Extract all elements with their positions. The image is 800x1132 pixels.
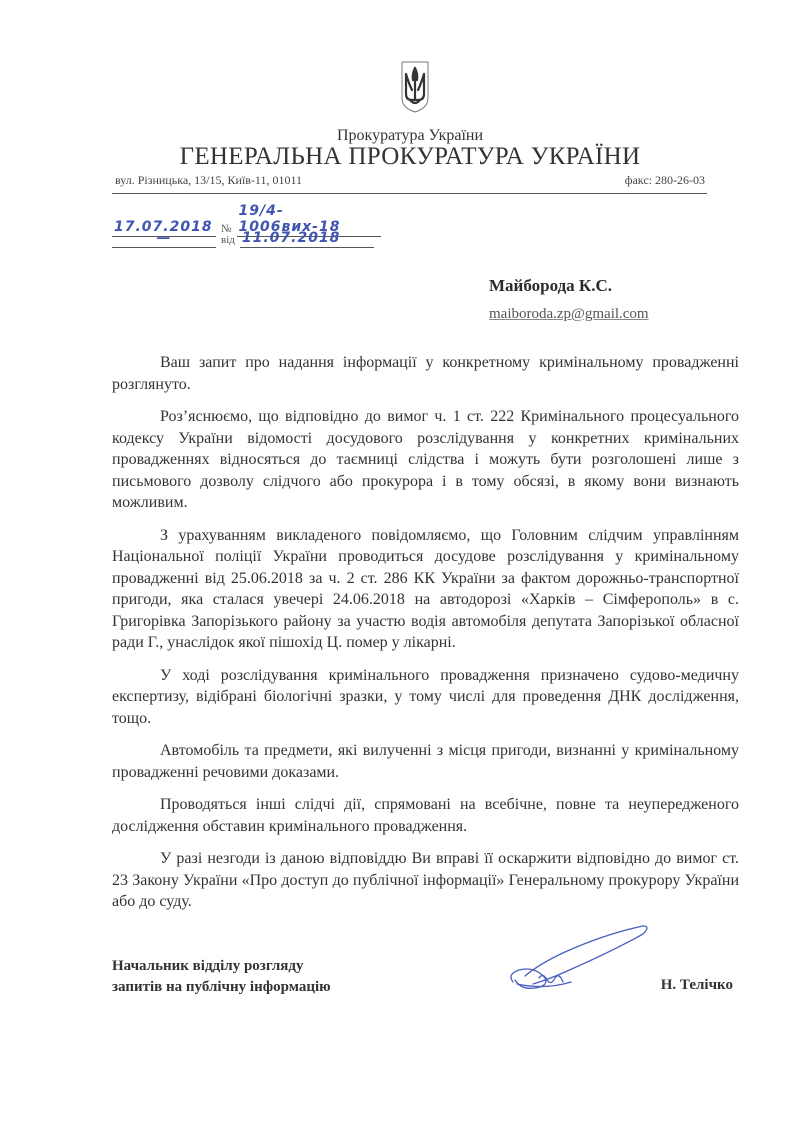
from-label: від (221, 234, 235, 248)
org-address: вул. Різницька, 13/15, Київ-11, 01011 (115, 173, 302, 188)
signer-position: Начальник відділу розгляду запитів на пу… (112, 956, 331, 998)
handwritten-signature-icon (505, 920, 655, 1000)
incoming-number: — (112, 230, 216, 248)
org-fax: факс: 280-26-03 (625, 173, 705, 188)
paragraph: У разі незгоди із даною відповіддю Ви вп… (112, 848, 739, 913)
paragraph: У ході розслідування кримінального прова… (112, 665, 739, 730)
incoming-reference: — від 11.07.2018 (112, 230, 374, 248)
org-name-title: ГЕНЕРАЛЬНА ПРОКУРАТУРА УКРАЇНИ (0, 143, 800, 171)
incoming-date: 11.07.2018 (240, 230, 374, 248)
paragraph: Ваш запит про надання інформації у конкр… (112, 352, 739, 395)
header-divider (112, 193, 707, 194)
letter-page: Прокуратура України ГЕНЕРАЛЬНА ПРОКУРАТУ… (0, 0, 800, 1132)
paragraph: З урахуванням викладеного повідомляємо, … (112, 525, 739, 654)
ukraine-trident-emblem-icon (400, 60, 430, 114)
letter-body: Ваш запит про надання інформації у конкр… (112, 352, 739, 924)
paragraph: Автомобіль та предмети, які вилученні з … (112, 740, 739, 783)
recipient-email[interactable]: maiboroda.zp@gmail.com (489, 306, 649, 323)
signer-position-line-2: запитів на публічну інформацію (112, 977, 331, 998)
signer-position-line-1: Начальник відділу розгляду (112, 956, 331, 977)
signer-name: Н. Телічко (661, 977, 733, 994)
recipient-name: Майборода К.С. (489, 276, 612, 296)
paragraph: Роз’яснюємо, що відповідно до вимог ч. 1… (112, 406, 739, 514)
paragraph: Проводяться інші слідчі дії, спрямовані … (112, 794, 739, 837)
